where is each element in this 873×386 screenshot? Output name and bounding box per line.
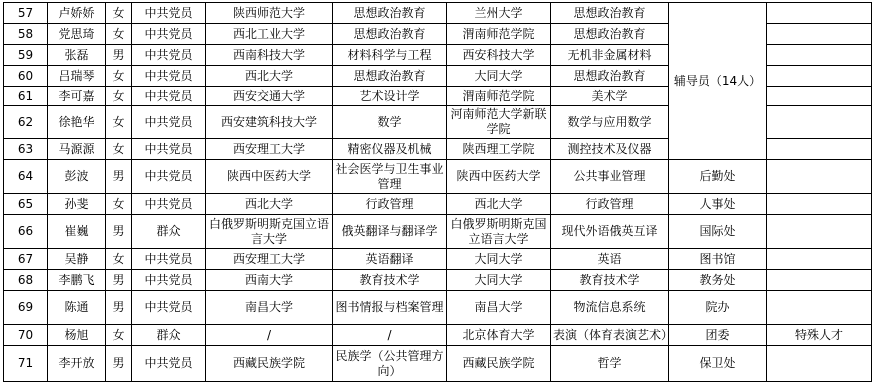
gender-cell: 女: [106, 66, 132, 87]
department-cell: 保卫处: [669, 346, 767, 382]
master-school-cell: 大同大学: [447, 66, 551, 87]
master-major-cell: 哲学: [551, 346, 669, 382]
bachelor-major-cell: /: [333, 325, 447, 346]
master-major-cell: 表演（体育表演艺术）: [551, 325, 669, 346]
political-status-cell: 中共党员: [132, 160, 206, 194]
name-cell: 杨旭: [48, 325, 106, 346]
political-status-cell: 中共党员: [132, 249, 206, 270]
gender-cell: 男: [106, 160, 132, 194]
note-cell: [767, 45, 872, 66]
gender-cell: 女: [106, 106, 132, 139]
master-school-cell: 西安科技大学: [447, 45, 551, 66]
bachelor-school-cell: 西北工业大学: [206, 24, 333, 45]
bachelor-school-cell: 西南大学: [206, 270, 333, 291]
bachelor-major-cell: 思想政治教育: [333, 24, 447, 45]
department-cell: 人事处: [669, 194, 767, 215]
master-major-cell: 公共事业管理: [551, 160, 669, 194]
political-status-cell: 中共党员: [132, 270, 206, 291]
note-cell: [767, 87, 872, 106]
table-row: 66 崔巍 男 群众 白俄罗斯明斯克国立语言大学 俄英翻译与翻译学 白俄罗斯明斯…: [4, 215, 872, 249]
department-cell: 团委: [669, 325, 767, 346]
master-school-cell: 西北大学: [447, 194, 551, 215]
seq-cell: 62: [4, 106, 48, 139]
master-major-cell: 现代外语俄英互译: [551, 215, 669, 249]
political-status-cell: 中共党员: [132, 194, 206, 215]
bachelor-school-cell: 陕西师范大学: [206, 3, 333, 24]
master-school-cell: 兰州大学: [447, 3, 551, 24]
bachelor-school-cell: 南昌大学: [206, 291, 333, 325]
seq-cell: 70: [4, 325, 48, 346]
political-status-cell: 中共党员: [132, 346, 206, 382]
seq-cell: 58: [4, 24, 48, 45]
political-status-cell: 中共党员: [132, 45, 206, 66]
master-school-cell: 白俄罗斯明斯克国立语言大学: [447, 215, 551, 249]
bachelor-major-cell: 精密仪器及机械: [333, 139, 447, 160]
table-row: 69 陈通 男 中共党员 南昌大学 图书情报与档案管理 南昌大学 物流信息系统 …: [4, 291, 872, 325]
seq-cell: 65: [4, 194, 48, 215]
seq-cell: 67: [4, 249, 48, 270]
master-major-cell: 思想政治教育: [551, 3, 669, 24]
bachelor-school-cell: 西安理工大学: [206, 249, 333, 270]
department-cell: 图书馆: [669, 249, 767, 270]
table-row: 68 李鹏飞 男 中共党员 西南大学 教育技术学 大同大学 教育技术学 教务处: [4, 270, 872, 291]
bachelor-school-cell: 白俄罗斯明斯克国立语言大学: [206, 215, 333, 249]
department-cell: 教务处: [669, 270, 767, 291]
name-cell: 张磊: [48, 45, 106, 66]
master-major-cell: 思想政治教育: [551, 24, 669, 45]
seq-cell: 68: [4, 270, 48, 291]
bachelor-major-cell: 俄英翻译与翻译学: [333, 215, 447, 249]
bachelor-school-cell: 西南科技大学: [206, 45, 333, 66]
name-cell: 党思琦: [48, 24, 106, 45]
political-status-cell: 中共党员: [132, 24, 206, 45]
note-cell: [767, 291, 872, 325]
bachelor-major-cell: 社会医学与卫生事业管理: [333, 160, 447, 194]
note-cell: [767, 139, 872, 160]
note-cell: [767, 249, 872, 270]
note-cell: [767, 160, 872, 194]
department-cell: 国际处: [669, 215, 767, 249]
master-school-cell: 大同大学: [447, 270, 551, 291]
table-row: 65 孙斐 女 中共党员 西北大学 行政管理 西北大学 行政管理 人事处: [4, 194, 872, 215]
table-row: 67 吴静 女 中共党员 西安理工大学 英语翻译 大同大学 英语 图书馆: [4, 249, 872, 270]
note-cell: [767, 24, 872, 45]
political-status-cell: 中共党员: [132, 139, 206, 160]
master-major-cell: 行政管理: [551, 194, 669, 215]
department-cell: 后勤处: [669, 160, 767, 194]
note-cell: [767, 215, 872, 249]
seq-cell: 59: [4, 45, 48, 66]
name-cell: 李可嘉: [48, 87, 106, 106]
name-cell: 吴静: [48, 249, 106, 270]
gender-cell: 男: [106, 215, 132, 249]
seq-cell: 71: [4, 346, 48, 382]
bachelor-school-cell: 西北大学: [206, 194, 333, 215]
name-cell: 孙斐: [48, 194, 106, 215]
gender-cell: 男: [106, 270, 132, 291]
master-major-cell: 思想政治教育: [551, 66, 669, 87]
seq-cell: 60: [4, 66, 48, 87]
gender-cell: 男: [106, 45, 132, 66]
master-school-cell: 陕西中医药大学: [447, 160, 551, 194]
bachelor-major-cell: 艺术设计学: [333, 87, 447, 106]
note-cell: [767, 3, 872, 24]
political-status-cell: 中共党员: [132, 87, 206, 106]
note-cell: [767, 194, 872, 215]
bachelor-school-cell: 西安交通大学: [206, 87, 333, 106]
personnel-table: 57 卢娇娇 女 中共党员 陕西师范大学 思想政治教育 兰州大学 思想政治教育 …: [3, 2, 872, 382]
master-major-cell: 无机非金属材料: [551, 45, 669, 66]
seq-cell: 61: [4, 87, 48, 106]
name-cell: 崔巍: [48, 215, 106, 249]
department-cell: 院办: [669, 291, 767, 325]
name-cell: 卢娇娇: [48, 3, 106, 24]
bachelor-major-cell: 教育技术学: [333, 270, 447, 291]
gender-cell: 女: [106, 3, 132, 24]
gender-cell: 女: [106, 139, 132, 160]
bachelor-major-cell: 思想政治教育: [333, 3, 447, 24]
bachelor-school-cell: 陕西中医药大学: [206, 160, 333, 194]
name-cell: 马源源: [48, 139, 106, 160]
master-school-cell: 河南师范大学新联学院: [447, 106, 551, 139]
master-school-cell: 陕西理工学院: [447, 139, 551, 160]
table-row: 70 杨旭 女 群众 / / 北京体育大学 表演（体育表演艺术） 团委 特殊人才: [4, 325, 872, 346]
note-cell: [767, 346, 872, 382]
bachelor-school-cell: 西藏民族学院: [206, 346, 333, 382]
bachelor-school-cell: /: [206, 325, 333, 346]
bachelor-major-cell: 数学: [333, 106, 447, 139]
bachelor-major-cell: 民族学（公共管理方向）: [333, 346, 447, 382]
master-school-cell: 西藏民族学院: [447, 346, 551, 382]
bachelor-major-cell: 行政管理: [333, 194, 447, 215]
bachelor-major-cell: 图书情报与档案管理: [333, 291, 447, 325]
master-major-cell: 英语: [551, 249, 669, 270]
bachelor-school-cell: 西安建筑科技大学: [206, 106, 333, 139]
master-major-cell: 教育技术学: [551, 270, 669, 291]
note-cell: [767, 106, 872, 139]
gender-cell: 男: [106, 291, 132, 325]
name-cell: 李鹏飞: [48, 270, 106, 291]
master-school-cell: 渭南师范学院: [447, 87, 551, 106]
table-row: 64 彭波 男 中共党员 陕西中医药大学 社会医学与卫生事业管理 陕西中医药大学…: [4, 160, 872, 194]
bachelor-major-cell: 英语翻译: [333, 249, 447, 270]
political-status-cell: 中共党员: [132, 3, 206, 24]
political-status-cell: 群众: [132, 325, 206, 346]
political-status-cell: 中共党员: [132, 66, 206, 87]
note-cell: [767, 66, 872, 87]
seq-cell: 69: [4, 291, 48, 325]
master-major-cell: 数学与应用数学: [551, 106, 669, 139]
seq-cell: 57: [4, 3, 48, 24]
table-row: 71 李开放 男 中共党员 西藏民族学院 民族学（公共管理方向） 西藏民族学院 …: [4, 346, 872, 382]
name-cell: 陈通: [48, 291, 106, 325]
gender-cell: 女: [106, 87, 132, 106]
master-major-cell: 测控技术及仪器: [551, 139, 669, 160]
name-cell: 徐艳华: [48, 106, 106, 139]
political-status-cell: 群众: [132, 215, 206, 249]
note-cell: [767, 270, 872, 291]
bachelor-major-cell: 思想政治教育: [333, 66, 447, 87]
political-status-cell: 中共党员: [132, 106, 206, 139]
gender-cell: 女: [106, 24, 132, 45]
note-cell: 特殊人才: [767, 325, 872, 346]
master-major-cell: 美术学: [551, 87, 669, 106]
master-major-cell: 物流信息系统: [551, 291, 669, 325]
bachelor-school-cell: 西北大学: [206, 66, 333, 87]
table-row: 57 卢娇娇 女 中共党员 陕西师范大学 思想政治教育 兰州大学 思想政治教育 …: [4, 3, 872, 24]
seq-cell: 66: [4, 215, 48, 249]
department-group-cell: 辅导员（14人）: [669, 3, 767, 160]
seq-cell: 63: [4, 139, 48, 160]
gender-cell: 女: [106, 194, 132, 215]
name-cell: 李开放: [48, 346, 106, 382]
bachelor-major-cell: 材料科学与工程: [333, 45, 447, 66]
master-school-cell: 北京体育大学: [447, 325, 551, 346]
gender-cell: 女: [106, 325, 132, 346]
master-school-cell: 大同大学: [447, 249, 551, 270]
bachelor-school-cell: 西安理工大学: [206, 139, 333, 160]
political-status-cell: 中共党员: [132, 291, 206, 325]
name-cell: 彭波: [48, 160, 106, 194]
gender-cell: 女: [106, 249, 132, 270]
master-school-cell: 渭南师范学院: [447, 24, 551, 45]
master-school-cell: 南昌大学: [447, 291, 551, 325]
name-cell: 吕瑞琴: [48, 66, 106, 87]
gender-cell: 男: [106, 346, 132, 382]
seq-cell: 64: [4, 160, 48, 194]
